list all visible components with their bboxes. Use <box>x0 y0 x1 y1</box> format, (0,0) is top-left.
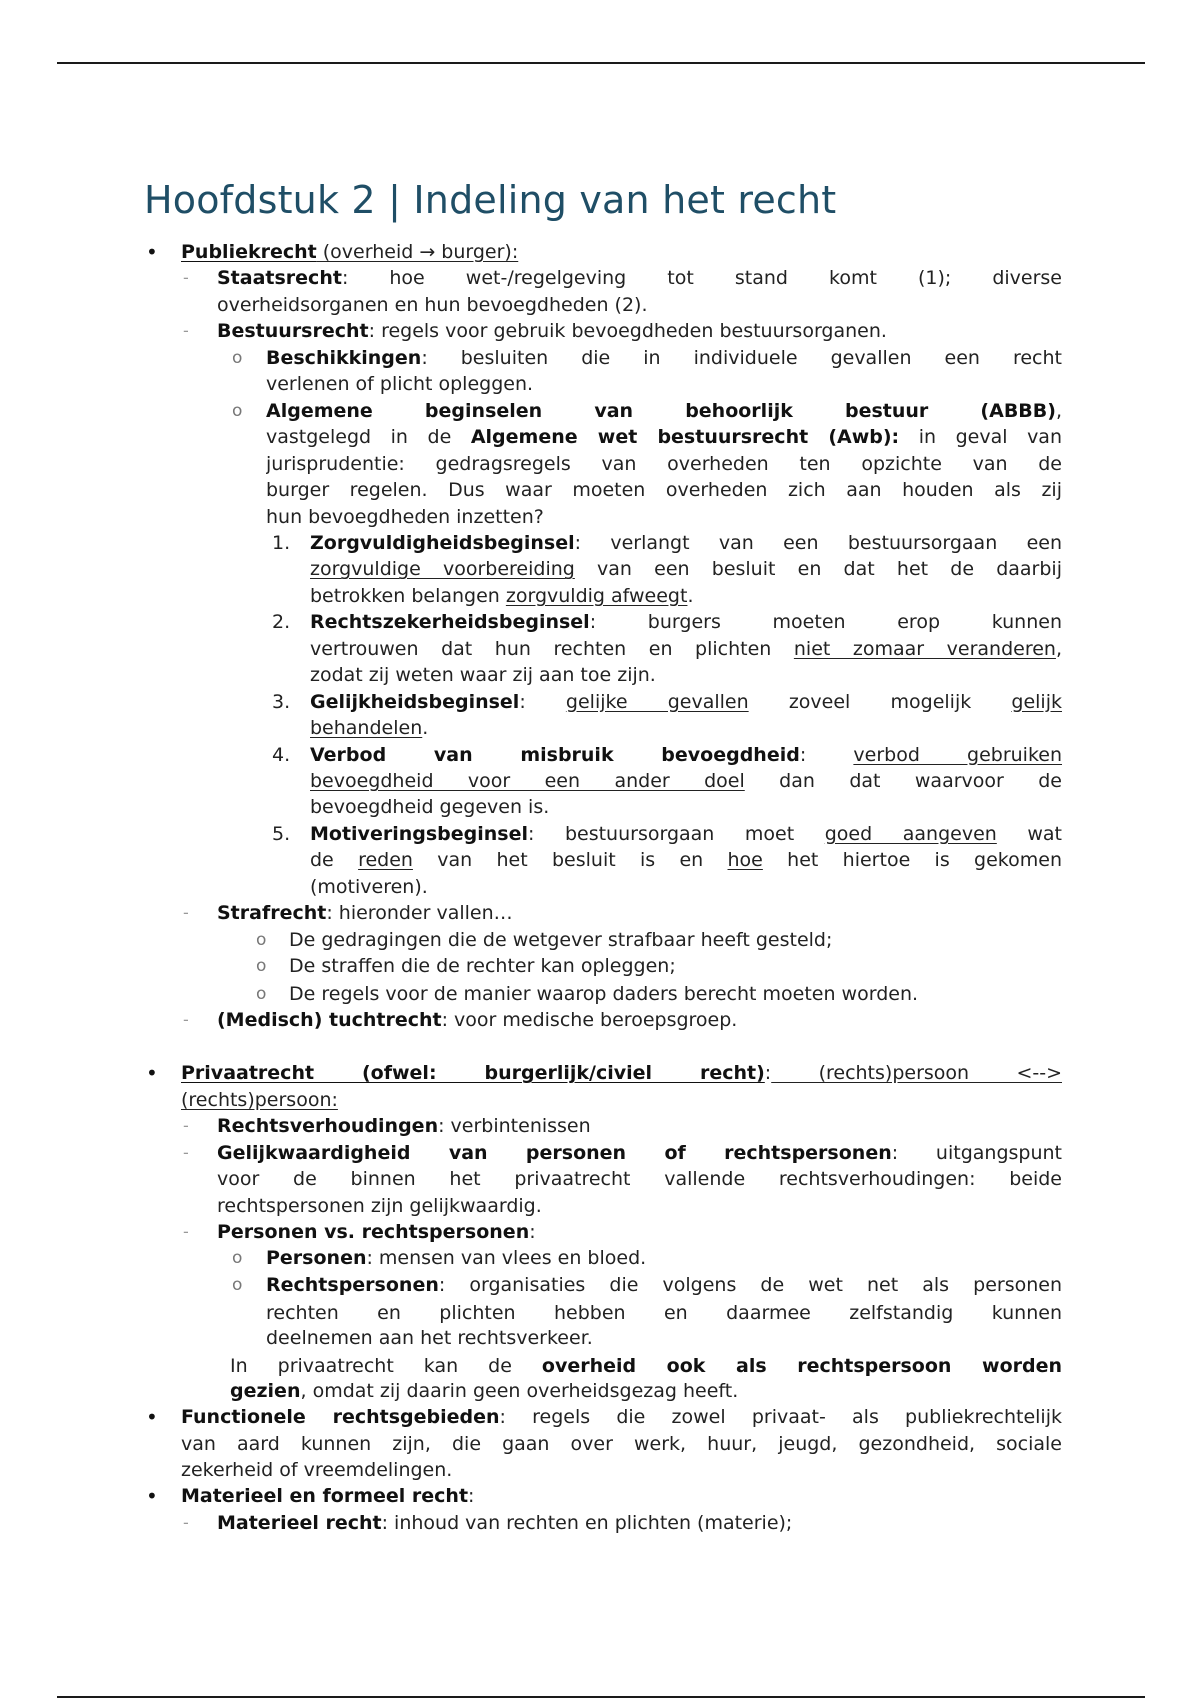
text-line: de reden van het besluit is en hoe het h… <box>310 847 1062 873</box>
dash-bullet-icon: - <box>183 900 189 926</box>
text-line: De regels voor de manier waarop daders b… <box>289 981 918 1007</box>
text-line: verlenen of plicht opleggen. <box>266 371 533 397</box>
text-segment: (overheid → burger): <box>317 241 519 263</box>
text-segment: In privaatrecht kan de <box>230 1355 542 1377</box>
text-line: rechtspersonen zijn gelijkwaardig. <box>217 1193 542 1219</box>
text-line: Zorgvuldigheidsbeginsel: verlangt van ee… <box>310 530 1062 556</box>
text-segment: : burgers moeten erop kunnen <box>590 611 1062 633</box>
text-line: Personen vs. rechtspersonen: <box>217 1219 536 1245</box>
dash-bullet-icon: - <box>183 1007 189 1033</box>
text-line: jurisprudentie: gedragsregels van overhe… <box>266 451 1062 477</box>
text-line: zorgvuldige voorbereiding van een beslui… <box>310 556 1062 582</box>
text-segment: gelijke gevallen <box>566 691 749 713</box>
text-segment: : verlangt van een bestuursorgaan een <box>575 532 1062 554</box>
bold-term: Functionele rechtsgebieden <box>181 1406 500 1428</box>
bold-term: Materieel recht <box>217 1512 382 1534</box>
text-line: vastgelegd in de Algemene wet bestuursre… <box>266 424 1062 450</box>
text-segment: bevoegdheid voor een ander doel <box>310 770 745 792</box>
text-segment: in geval van <box>899 426 1062 448</box>
text-segment: . <box>422 717 428 739</box>
text-segment: : bestuursorgaan moet <box>528 823 825 845</box>
text-line: zodat zij weten waar zij aan toe zijn. <box>310 662 656 688</box>
bold-term: Materieel en formeel recht <box>181 1485 468 1507</box>
footer-rule <box>57 1696 1145 1698</box>
text-line: van aard kunnen zijn, die gaan over werk… <box>181 1431 1062 1457</box>
text-segment: : besluiten die in individuele gevallen … <box>421 347 1062 369</box>
text-line: burger regelen. Dus waar moeten overhede… <box>266 477 1062 503</box>
text-segment: rechtspersonen zijn gelijkwaardig. <box>217 1195 542 1217</box>
text-line: Strafrecht: hieronder vallen… <box>217 900 513 926</box>
text-line: Rechtszekerheidsbeginsel: burgers moeten… <box>310 609 1062 635</box>
text-segment: zodat zij weten waar zij aan toe zijn. <box>310 664 656 686</box>
text-segment: hun bevoegdheden inzetten? <box>266 506 544 528</box>
text-line: gezien, omdat zij daarin geen overheidsg… <box>230 1378 738 1404</box>
text-segment: zekerheid of vreemdelingen. <box>181 1459 452 1481</box>
bold-term: Beschikkingen <box>266 347 421 369</box>
text-segment: van een besluit en dat het de daarbij <box>575 558 1062 580</box>
text-segment: : hieronder vallen… <box>326 902 512 924</box>
text-segment: , omdat zij daarin geen overheidsgezag h… <box>300 1380 738 1402</box>
bold-term: Algemene beginselen van behoorlijk bestu… <box>266 400 1056 422</box>
text-segment: : uitgangspunt <box>892 1142 1062 1164</box>
text-line: vertrouwen dat hun rechten en plichten n… <box>310 636 1062 662</box>
text-line: Privaatrecht (ofwel: burgerlijk/civiel r… <box>181 1060 1062 1086</box>
text-segment: voor de binnen het privaatrecht vallende… <box>217 1168 1062 1190</box>
circle-bullet-icon: o <box>256 981 266 1007</box>
dash-bullet-icon: - <box>183 1510 189 1536</box>
text-segment: : inhoud van rechten en plichten (materi… <box>382 1512 793 1534</box>
text-segment: vastgelegd in de <box>266 426 471 448</box>
bold-term: Algemene wet bestuursrecht (Awb): <box>471 426 899 448</box>
text-segment: : voor medische beroepsgroep. <box>442 1009 738 1031</box>
circle-bullet-icon: o <box>232 1245 242 1271</box>
text-segment: betrokken belangen <box>310 585 506 607</box>
text-segment: bevoegdheid gegeven is. <box>310 796 549 818</box>
bold-term: Rechtsverhoudingen <box>217 1115 438 1137</box>
bullet-icon: • <box>146 239 158 265</box>
circle-bullet-icon: o <box>232 1272 242 1298</box>
text-segment: reden <box>358 849 413 871</box>
text-segment: jurisprudentie: gedragsregels van overhe… <box>266 453 1062 475</box>
dash-bullet-icon: - <box>183 265 189 291</box>
text-line: De gedragingen die de wetgever strafbaar… <box>289 927 832 953</box>
text-segment: : organisaties die volgens de wet net al… <box>439 1274 1062 1296</box>
bold-term: Personen vs. rechtspersonen <box>217 1221 529 1243</box>
text-line: (motiveren). <box>310 874 428 900</box>
text-segment: De gedragingen die de wetgever strafbaar… <box>289 929 832 951</box>
text-segment: , <box>1056 638 1062 660</box>
text-line: Verbod van misbruik bevoegdheid: verbod … <box>310 742 1062 768</box>
list-number: 2. <box>272 609 290 635</box>
text-segment: zoveel mogelijk <box>749 691 1012 713</box>
bullet-icon: • <box>146 1483 158 1509</box>
text-segment: De straffen die de rechter kan opleggen; <box>289 955 676 977</box>
text-segment: hoe <box>728 849 763 871</box>
text-line: Gelijkheidsbeginsel: gelijke gevallen zo… <box>310 689 1062 715</box>
text-line: Personen: mensen van vlees en bloed. <box>266 1245 646 1271</box>
bold-term: Rechtszekerheidsbeginsel <box>310 611 590 633</box>
text-line: Gelijkwaardigheid van personen of rechts… <box>217 1140 1062 1166</box>
text-segment: verbod gebruiken <box>853 744 1062 766</box>
text-line: bevoegdheid voor een ander doel dan dat … <box>310 768 1062 794</box>
bold-term: Gelijkwaardigheid van personen of rechts… <box>217 1142 892 1164</box>
bold-term: Bestuursrecht <box>217 320 369 342</box>
text-segment: : regels die zowel privaat- als publiekr… <box>500 1406 1062 1428</box>
text-line: deelnemen aan het rechtsverkeer. <box>266 1325 593 1351</box>
bold-term: Zorgvuldigheidsbeginsel <box>310 532 575 554</box>
text-line: betrokken belangen zorgvuldig afweegt. <box>310 583 694 609</box>
dash-bullet-icon: - <box>183 1140 189 1166</box>
text-line: Staatsrecht: hoe wet-/regelgeving tot st… <box>217 265 1062 291</box>
text-line: zekerheid of vreemdelingen. <box>181 1457 452 1483</box>
text-segment: goed aangeven <box>825 823 997 845</box>
text-segment: de <box>310 849 358 871</box>
text-segment: . <box>687 585 693 607</box>
dash-bullet-icon: - <box>183 1219 189 1245</box>
text-segment: vertrouwen dat hun rechten en plichten <box>310 638 794 660</box>
text-segment: rechten en plichten hebben en daarmee ze… <box>266 1302 1062 1324</box>
text-line: Rechtsverhoudingen: verbintenissen <box>217 1113 591 1139</box>
list-number: 5. <box>272 821 290 847</box>
text-segment: : <box>529 1221 535 1243</box>
bold-term: (Medisch) tuchtrecht <box>217 1009 442 1031</box>
bold-term: Privaatrecht (ofwel: burgerlijk/civiel r… <box>181 1062 765 1084</box>
text-line: overheidsorganen en hun bevoegdheden (2)… <box>217 292 648 318</box>
text-segment: : <box>519 691 566 713</box>
text-line: Algemene beginselen van behoorlijk bestu… <box>266 398 1062 424</box>
text-line: (Medisch) tuchtrecht: voor medische bero… <box>217 1007 737 1033</box>
list-number: 4. <box>272 742 290 768</box>
text-segment: zorgvuldig afweegt <box>506 585 688 607</box>
text-line: Materieel recht: inhoud van rechten en p… <box>217 1510 792 1536</box>
bold-term: Verbod van misbruik bevoegdheid <box>310 744 800 766</box>
text-line: Beschikkingen: besluiten die in individu… <box>266 345 1062 371</box>
bold-term: Motiveringsbeginsel <box>310 823 528 845</box>
text-line: Publiekrecht (overheid → burger): <box>181 239 518 265</box>
text-line: rechten en plichten hebben en daarmee ze… <box>266 1300 1062 1326</box>
text-segment: wat <box>997 823 1062 845</box>
text-segment: , <box>1056 400 1062 422</box>
circle-bullet-icon: o <box>232 398 242 424</box>
text-segment: deelnemen aan het rechtsverkeer. <box>266 1327 593 1349</box>
text-segment: (motiveren). <box>310 876 428 898</box>
text-line: Materieel en formeel recht: <box>181 1483 474 1509</box>
bold-term: gezien <box>230 1380 300 1402</box>
circle-bullet-icon: o <box>256 927 266 953</box>
text-segment: De regels voor de manier waarop daders b… <box>289 983 918 1005</box>
bold-term: Gelijkheidsbeginsel <box>310 691 519 713</box>
text-segment: overheidsorganen en hun bevoegdheden (2)… <box>217 294 648 316</box>
text-line: voor de binnen het privaatrecht vallende… <box>217 1166 1062 1192</box>
page-title: Hoofdstuk 2 | Indeling van het recht <box>144 178 836 222</box>
text-segment: niet zomaar veranderen <box>794 638 1056 660</box>
bold-term: Strafrecht <box>217 902 326 924</box>
dash-bullet-icon: - <box>183 318 189 344</box>
bold-term: Rechtspersonen <box>266 1274 439 1296</box>
text-segment: (rechts)persoon: <box>181 1089 338 1111</box>
circle-bullet-icon: o <box>232 345 242 371</box>
bold-term: Personen <box>266 1247 366 1269</box>
text-segment: van aard kunnen zijn, die gaan over werk… <box>181 1433 1062 1455</box>
text-segment: : mensen van vlees en bloed. <box>366 1247 646 1269</box>
header-rule <box>57 62 1145 64</box>
text-segment: (rechts)persoon <--> <box>771 1062 1062 1084</box>
text-segment: zorgvuldige voorbereiding <box>310 558 575 580</box>
text-segment: van het besluit is en <box>413 849 728 871</box>
bold-term: overheid ook als rechtspersoon worden <box>542 1355 1062 1377</box>
text-line: De straffen die de rechter kan opleggen; <box>289 953 676 979</box>
text-segment: verlenen of plicht opleggen. <box>266 373 533 395</box>
text-segment: : hoe wet-/regelgeving tot stand komt (1… <box>342 267 1062 289</box>
text-line: In privaatrecht kan de overheid ook als … <box>230 1353 1062 1379</box>
bold-term: Publiekrecht <box>181 241 317 263</box>
text-segment: : verbintenissen <box>438 1115 591 1137</box>
text-segment: dan dat waarvoor de <box>745 770 1062 792</box>
bullet-icon: • <box>146 1060 158 1086</box>
text-line: Motiveringsbeginsel: bestuursorgaan moet… <box>310 821 1062 847</box>
text-line: behandelen. <box>310 715 428 741</box>
text-line: Functionele rechtsgebieden: regels die z… <box>181 1404 1062 1430</box>
list-number: 3. <box>272 689 290 715</box>
text-segment: behandelen <box>310 717 422 739</box>
text-segment: : <box>800 744 854 766</box>
circle-bullet-icon: o <box>256 953 266 979</box>
text-segment: burger regelen. Dus waar moeten overhede… <box>266 479 1062 501</box>
text-line: Bestuursrecht: regels voor gebruik bevoe… <box>217 318 887 344</box>
text-segment: gelijk <box>1011 691 1062 713</box>
text-line: hun bevoegdheden inzetten? <box>266 504 544 530</box>
text-line: (rechts)persoon: <box>181 1087 338 1113</box>
text-line: Rechtspersonen: organisaties die volgens… <box>266 1272 1062 1298</box>
text-segment: : regels voor gebruik bevoegdheden bestu… <box>369 320 887 342</box>
bold-term: Staatsrecht <box>217 267 342 289</box>
text-line: bevoegdheid gegeven is. <box>310 794 549 820</box>
dash-bullet-icon: - <box>183 1113 189 1139</box>
text-segment: het hiertoe is gekomen <box>763 849 1062 871</box>
list-number: 1. <box>272 530 290 556</box>
text-segment: : <box>468 1485 474 1507</box>
bullet-icon: • <box>146 1404 158 1430</box>
